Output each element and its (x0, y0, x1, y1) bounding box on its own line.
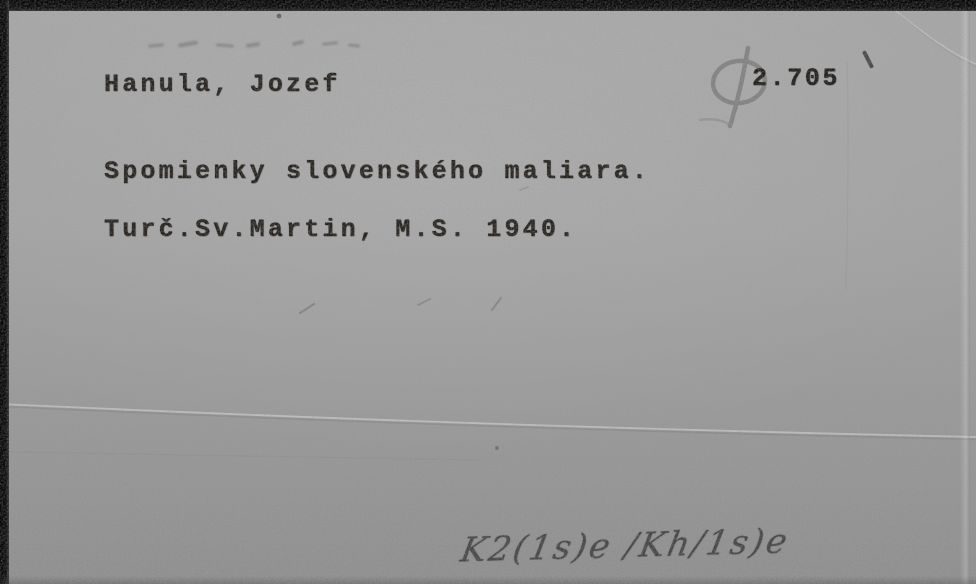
card-bottom-edge (0, 576, 976, 584)
erased-pencil-smudge (148, 43, 164, 48)
scan-border-left (0, 0, 9, 584)
erased-pencil-smudge (322, 41, 338, 45)
scan-edge-notch (0, 528, 7, 544)
title-line: Spomienky slovenského maliara. (104, 157, 650, 186)
pencil-tick-mark (862, 50, 874, 69)
author-heading: Hanula, Jozef (104, 70, 341, 99)
erased-pencil-smudge (216, 43, 234, 47)
erased-pencil-smudge (178, 40, 198, 47)
accession-number: 2.705 (752, 64, 840, 93)
erased-pencil-smudge (292, 40, 305, 47)
handwritten-shelfmark: K2(1s)e /Kh/1s)e (457, 521, 792, 570)
card-right-edge (960, 11, 970, 584)
erased-pencil-smudge (348, 43, 360, 47)
scan-border-top (0, 0, 976, 11)
catalog-card-scan: Hanula, Jozef 2.705 Spomienky slovenskéh… (0, 0, 976, 584)
erased-pencil-smudge (246, 42, 260, 48)
imprint-line: Turč.Sv.Martin, M.S. 1940. (104, 215, 577, 244)
